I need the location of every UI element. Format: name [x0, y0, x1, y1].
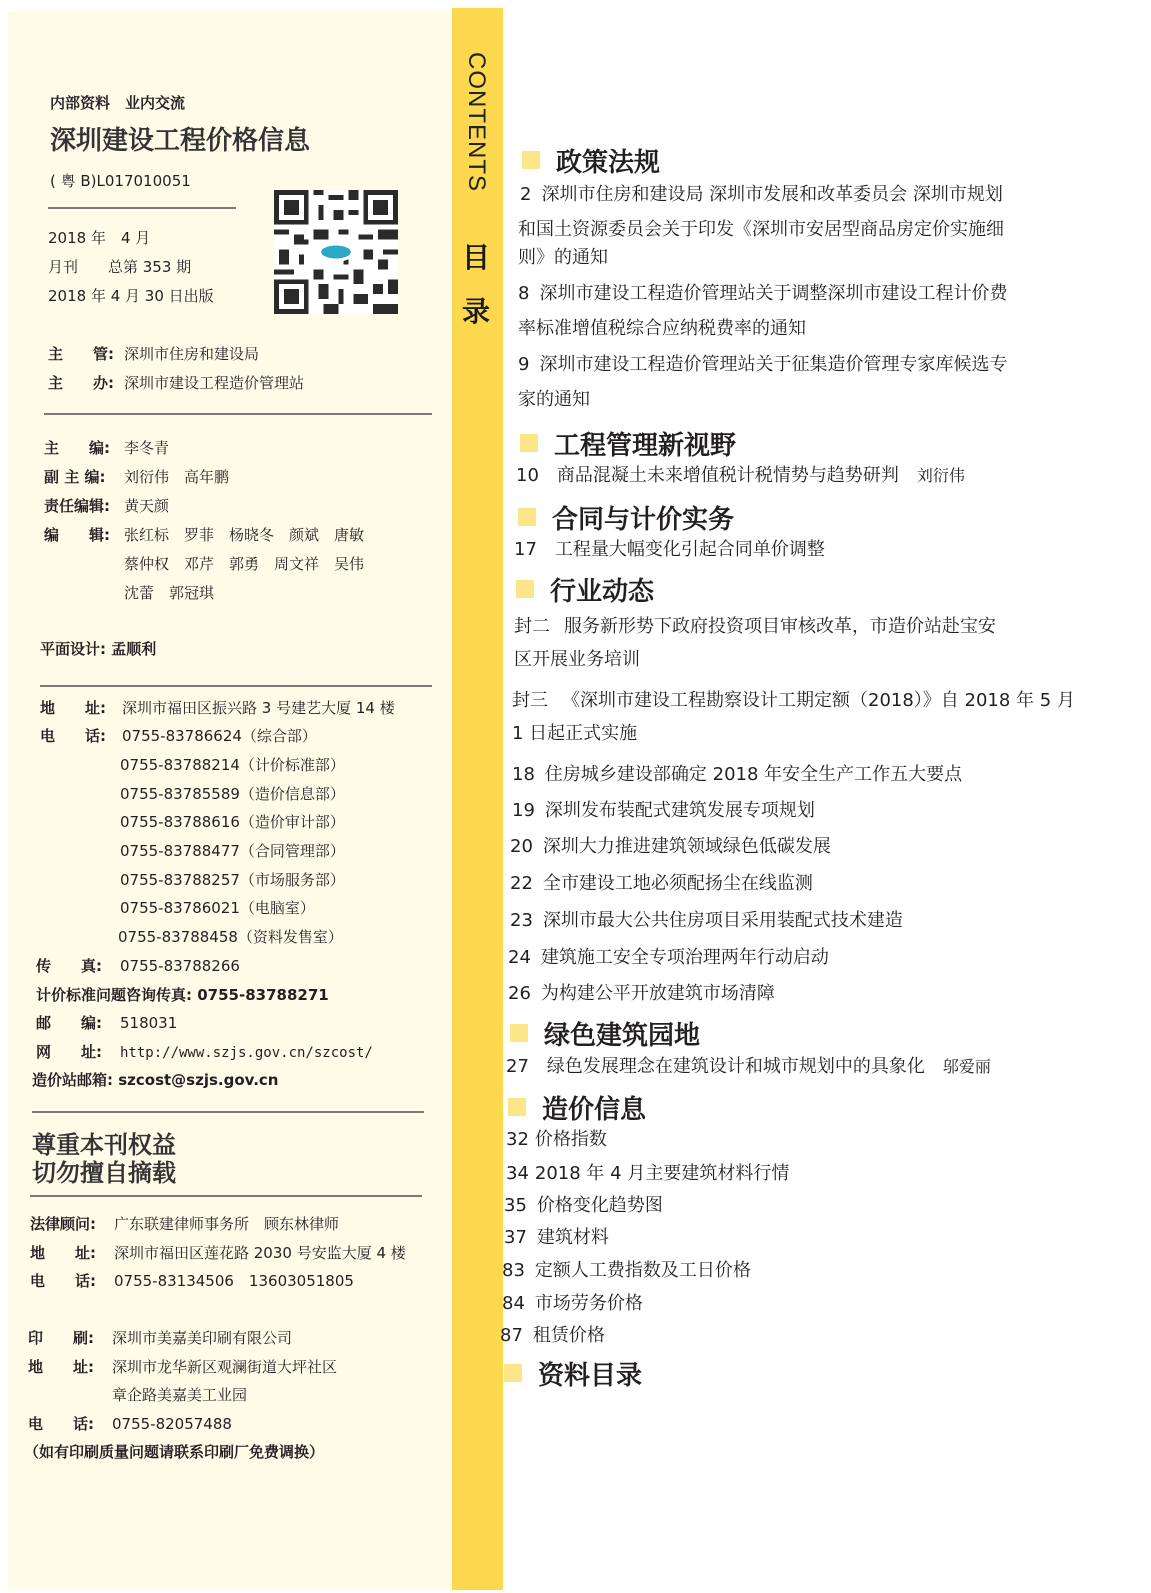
- editors-line-3: 沈蕾 郭冠琪: [124, 582, 214, 603]
- author: 邬爱丽: [943, 1057, 991, 1076]
- divider: [30, 1195, 422, 1197]
- responsible-editor-line: 责任编辑:黄天颜: [44, 495, 169, 516]
- toc-item-cont[interactable]: 则》的通知: [518, 240, 608, 275]
- fax-value: 0755-83788266: [120, 957, 240, 975]
- toc-item-cont[interactable]: 家的通知: [518, 382, 590, 417]
- square-bullet-icon: [516, 580, 534, 598]
- square-bullet-icon: [520, 434, 538, 452]
- section-heading-industry: 行业动态: [516, 571, 654, 608]
- address-value: 深圳市福田区振兴路 3 号建艺大厦 14 楼: [122, 699, 395, 717]
- postcode-line: 邮 编:518031: [36, 1012, 177, 1033]
- address-label: 地 址:: [40, 697, 122, 718]
- toc-item[interactable]: 8深圳市建设工程造价管理站关于调整深圳市建设工程计价费: [518, 276, 1007, 311]
- printer-phone-label: 电 话:: [28, 1413, 112, 1434]
- sponsor-line: 主 办:深圳市建设工程造价管理站: [48, 372, 304, 393]
- phone-value: 0755-83788477（合同管理部）: [120, 840, 345, 861]
- toc-item[interactable]: 20深圳大力推进建筑领域绿色低碳发展: [510, 829, 831, 864]
- toc-item[interactable]: 22全市建设工地必须配扬尘在线监测: [510, 866, 813, 901]
- section-heading-management: 工程管理新视野: [520, 425, 736, 462]
- legal-phone-line: 电 话:0755-83134506 13603051805: [30, 1270, 354, 1291]
- legal-advisor-line: 法律顾问:广东联建律师事务所 顾东林律师: [30, 1213, 339, 1234]
- toc-item[interactable]: 10商品混凝土未来增值税计税情势与趋势研判刘衍伟: [516, 458, 965, 493]
- supervisor-label: 主 管:: [48, 343, 124, 364]
- divider: [32, 1111, 424, 1113]
- license-number: ( 粤 B)L017010051: [50, 170, 191, 191]
- issue-date: 2018 年 4 月: [48, 227, 150, 248]
- section-heading-green: 绿色建筑园地: [510, 1015, 700, 1052]
- chief-editor-value: 李冬青: [124, 439, 169, 457]
- website-line: 网 址:http://www.szjs.gov.cn/szcost/: [36, 1041, 373, 1062]
- email[interactable]: 造价站邮箱: szcost@szjs.gov.cn: [32, 1069, 278, 1090]
- toc-item[interactable]: 19深圳发布装配式建筑发展专项规划: [512, 793, 815, 828]
- sponsor-label: 主 办:: [48, 372, 124, 393]
- copyright-notice-2: 切勿擅自摘载: [32, 1153, 176, 1188]
- contents-label-cn-2: 录: [462, 290, 490, 330]
- editors-line-2: 蔡仲权 邓芹 郭勇 周文祥 吴伟: [124, 553, 364, 574]
- printer-value: 深圳市美嘉美印刷有限公司: [112, 1329, 292, 1347]
- supervisor-line: 主 管:深圳市住房和建设局: [48, 343, 259, 364]
- chief-editor-line: 主 编:李冬青: [44, 437, 169, 458]
- editors-label: 编 辑:: [44, 524, 124, 545]
- square-bullet-icon: [522, 151, 540, 169]
- fax-line: 传 真:0755-83788266: [36, 955, 240, 976]
- sponsor-value: 深圳市建设工程造价管理站: [124, 374, 304, 392]
- toc-item-cont[interactable]: 区开展业务培训: [514, 642, 640, 677]
- fax-label: 传 真:: [36, 955, 120, 976]
- square-bullet-icon: [518, 508, 536, 526]
- legal-address-line: 地 址:深圳市福田区莲花路 2030 号安监大厦 4 楼: [30, 1242, 406, 1263]
- toc-item[interactable]: 87租赁价格: [500, 1318, 605, 1353]
- divider: [40, 685, 432, 687]
- consult-fax: 计价标准问题咨询传真: 0755-83788271: [36, 984, 329, 1005]
- deputy-editor-label: 副 主 编:: [44, 466, 124, 487]
- toc-item[interactable]: 84市场劳务价格: [502, 1286, 643, 1321]
- phone-value: 0755-83788616（造价审计部）: [120, 811, 345, 832]
- section-heading-cost: 造价信息: [508, 1089, 646, 1126]
- toc-item[interactable]: 27绿色发展理念在建筑设计和城市规划中的具象化邬爱丽: [506, 1049, 991, 1084]
- toc-item-cont[interactable]: 率标准增值税综合应纳税费率的通知: [518, 311, 806, 346]
- toc-item[interactable]: 封三《深圳市建设工程勘察设计工期定额（2018）》自 2018 年 5 月: [512, 683, 1075, 718]
- divider: [44, 413, 432, 415]
- website-link[interactable]: http://www.szjs.gov.cn/szcost/: [120, 1045, 373, 1061]
- address-line: 地 址:深圳市福田区振兴路 3 号建艺大厦 14 楼: [40, 697, 395, 718]
- printer-address-label: 地 址:: [28, 1356, 112, 1377]
- issue-number: 月刊 总第 353 期: [48, 256, 191, 277]
- chief-editor-label: 主 编:: [44, 437, 124, 458]
- magazine-title: 深圳建设工程价格信息: [50, 120, 310, 157]
- printer-label: 印 刷:: [28, 1327, 112, 1348]
- toc-item[interactable]: 17工程量大幅变化引起合同单价调整: [514, 532, 825, 567]
- toc-item[interactable]: 342018 年 4 月主要建筑材料行情: [506, 1156, 789, 1191]
- legal-address-label: 地 址:: [30, 1242, 114, 1263]
- toc-item[interactable]: 37建筑材料: [504, 1220, 609, 1255]
- legal-value: 广东联建律师事务所 顾东林律师: [114, 1215, 339, 1233]
- toc-item[interactable]: 23深圳市最大公共住房项目采用装配式技术建造: [510, 903, 903, 938]
- phone-value: 0755-83788458（资料发售室）: [118, 926, 343, 947]
- printer-address-line: 地 址:深圳市龙华新区观澜街道大坪社区: [28, 1356, 337, 1377]
- toc-item[interactable]: 封二服务新形势下政府投资项目审核改革，市造价站赴宝安: [514, 609, 996, 644]
- deputy-editor-value: 刘衍伟 高年鹏: [124, 468, 229, 486]
- phone-value: 0755-83786624（综合部）: [122, 727, 317, 745]
- postcode-value: 518031: [120, 1014, 177, 1032]
- tagline: 内部资料 业内交流: [50, 92, 185, 113]
- toc-item[interactable]: 83定额人工费指数及工日价格: [502, 1253, 751, 1288]
- publish-date: 2018 年 4 月 30 日出版: [48, 285, 214, 306]
- printer-address-value: 深圳市龙华新区观澜街道大坪社区: [112, 1358, 337, 1376]
- supervisor-value: 深圳市住房和建设局: [124, 345, 259, 363]
- postcode-label: 邮 编:: [36, 1012, 120, 1033]
- square-bullet-icon: [508, 1098, 526, 1116]
- section-heading-contract: 合同与计价实务: [518, 499, 734, 536]
- legal-label: 法律顾问:: [30, 1213, 114, 1234]
- toc-item[interactable]: 26为构建公平开放建筑市场清障: [508, 976, 775, 1011]
- toc-item[interactable]: 2深圳市住房和建设局 深圳市发展和改革委员会 深圳市规划: [520, 177, 1003, 212]
- author: 刘衍伟: [917, 466, 965, 485]
- square-bullet-icon: [510, 1024, 528, 1042]
- square-bullet-icon: [504, 1364, 522, 1382]
- toc-item[interactable]: 9深圳市建设工程造价管理站关于征集造价管理专家库候选专: [518, 347, 1007, 382]
- qr-code-icon[interactable]: [274, 190, 398, 314]
- responsible-editor-value: 黄天颜: [124, 497, 169, 515]
- section-heading-catalog: 资料目录: [504, 1355, 642, 1392]
- contents-label: CONTENTS: [466, 52, 490, 192]
- toc-item[interactable]: 18住房城乡建设部确定 2018 年安全生产工作五大要点: [512, 757, 962, 792]
- phone-line: 电 话:0755-83786624（综合部）: [40, 725, 317, 746]
- printer-phone-value: 0755-82057488: [112, 1415, 232, 1433]
- print-quality-note: （如有印刷质量问题请联系印刷厂免费调换）: [24, 1441, 324, 1462]
- designer: 平面设计: 孟顺利: [40, 638, 156, 659]
- contents-label-cn-1: 目: [462, 236, 490, 276]
- legal-phone-label: 电 话:: [30, 1270, 114, 1291]
- toc-item-cont[interactable]: 1 日起正式实施: [512, 716, 637, 751]
- deputy-editor-line: 副 主 编:刘衍伟 高年鹏: [44, 466, 229, 487]
- phone-value: 0755-83785589（造价信息部）: [120, 783, 345, 804]
- phone-value: 0755-83786021（电脑室）: [120, 897, 315, 918]
- phone-value: 0755-83788257（市场服务部）: [120, 869, 345, 890]
- editors-line: 编 辑:张红标 罗菲 杨晓冬 颜斌 唐敏: [44, 524, 364, 545]
- phone-label: 电 话:: [40, 725, 122, 746]
- printer-phone-line: 电 话:0755-82057488: [28, 1413, 232, 1434]
- responsible-editor-label: 责任编辑:: [44, 495, 124, 516]
- printer-address-line-2: 章企路美嘉美工业园: [112, 1384, 247, 1405]
- toc-item[interactable]: 35价格变化趋势图: [504, 1188, 663, 1223]
- toc-item[interactable]: 32价格指数: [506, 1122, 607, 1157]
- legal-phone-value: 0755-83134506 13603051805: [114, 1272, 354, 1290]
- website-label: 网 址:: [36, 1041, 120, 1062]
- toc-item[interactable]: 24建筑施工安全专项治理两年行动启动: [508, 940, 829, 975]
- section-heading-policy: 政策法规: [522, 142, 660, 179]
- divider: [48, 207, 236, 209]
- phone-value: 0755-83788214（计价标准部）: [120, 754, 345, 775]
- editors-value: 张红标 罗菲 杨晓冬 颜斌 唐敏: [124, 526, 364, 544]
- printer-line: 印 刷:深圳市美嘉美印刷有限公司: [28, 1327, 292, 1348]
- legal-address-value: 深圳市福田区莲花路 2030 号安监大厦 4 楼: [114, 1244, 406, 1262]
